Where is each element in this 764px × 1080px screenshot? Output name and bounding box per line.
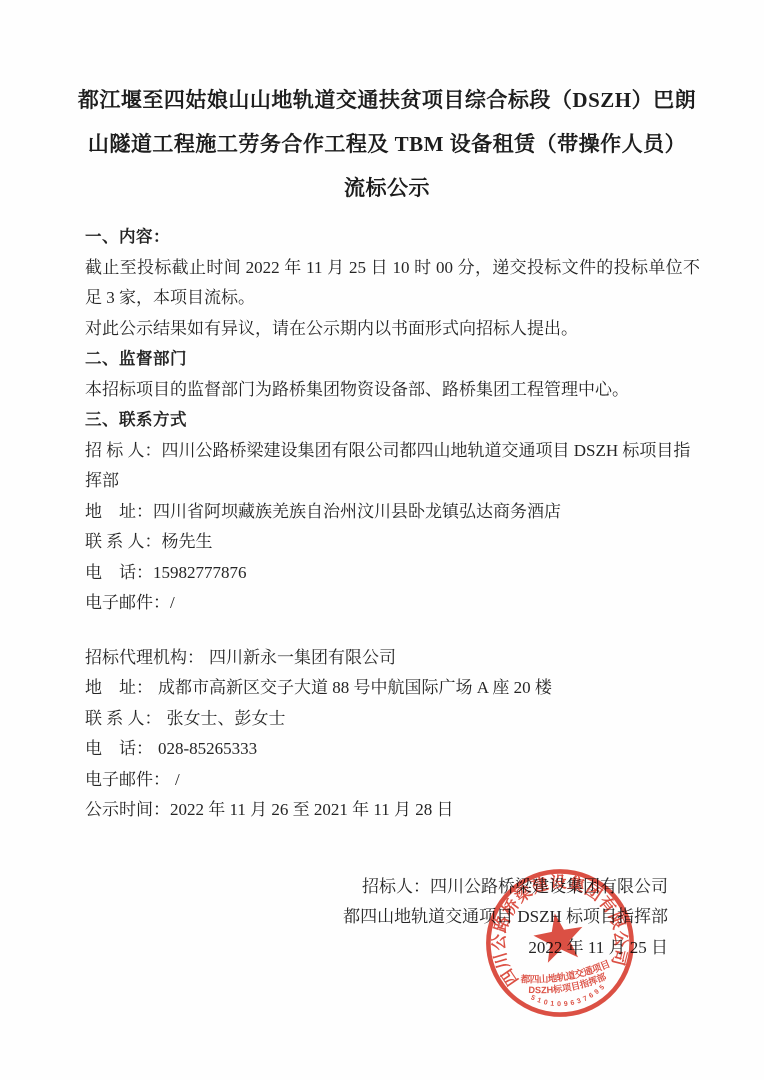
- document-page: 都江堰至四姑娘山山地轨道交通扶贫项目综合标段（DSZH）巴朗 山隧道工程施工劳务…: [0, 0, 764, 1080]
- paragraph-supervision: 本招标项目的监督部门为路桥集团物资设备部、路桥集团工程管理中心。: [85, 375, 700, 406]
- field-label: 电 话：: [85, 563, 153, 582]
- svg-text:DSZH标项目指挥部: DSZH标项目指挥部: [526, 970, 609, 1000]
- signature-block: 招标人：四川公路桥梁建设集团有限公司 都四山地轨道交通项目 DSZH 标项目指挥…: [85, 872, 700, 964]
- seal-department-text: DSZH标项目指挥部: [526, 970, 609, 1000]
- field-tenderer-phone: 电 话：15982777876: [85, 558, 700, 589]
- field-value: /: [170, 770, 180, 789]
- section-contact-heading: 三、联系方式: [85, 405, 700, 436]
- field-value: /: [170, 593, 175, 612]
- field-value: 028-85265333: [153, 739, 257, 758]
- agency-contact-block: 招标代理机构：四川新永一集团有限公司 地 址：成都市高新区交子大道 88 号中航…: [85, 643, 700, 796]
- field-value: 张女士、彭女士: [162, 709, 286, 728]
- title-line-3: 流标公示: [58, 166, 716, 210]
- field-label: 电子邮件：: [85, 593, 170, 612]
- field-value: 成都市高新区交子大道 88 号中航国际广场 A 座 20 楼: [153, 678, 552, 697]
- field-tenderer-contact-person: 联 系 人：杨先生: [85, 527, 700, 558]
- field-label: 招 标 人：: [85, 441, 162, 460]
- field-label: 电子邮件：: [85, 770, 170, 789]
- tenderer-contact-block: 招 标 人：四川公路桥梁建设集团有限公司都四山地轨道交通项目 DSZH 标项目指…: [85, 436, 700, 619]
- field-agency-phone: 电 话：028-85265333: [85, 734, 700, 765]
- document-title: 都江堰至四姑娘山山地轨道交通扶贫项目综合标段（DSZH）巴朗 山隧道工程施工劳务…: [58, 78, 716, 210]
- document-body: 一、内容： 截止至投标截止时间 2022 年 11 月 25 日 10 时 00…: [85, 222, 700, 963]
- field-tenderer-address: 地 址：四川省阿坝藏族羌族自治州汶川县卧龙镇弘达商务酒店: [85, 497, 700, 528]
- title-line-2: 山隧道工程施工劳务合作工程及 TBM 设备租赁（带操作人员）: [58, 122, 716, 166]
- field-agency-name: 招标代理机构：四川新永一集团有限公司: [85, 643, 700, 674]
- seal-serial-number: 510109637695: [529, 981, 611, 1014]
- field-label: 地 址：: [85, 678, 153, 697]
- field-value: 四川省阿坝藏族羌族自治州汶川县卧龙镇弘达商务酒店: [153, 502, 561, 521]
- field-value: 15982777876: [153, 563, 247, 582]
- field-label: 联 系 人：: [85, 709, 162, 728]
- field-label: 地 址：: [85, 502, 153, 521]
- publicity-period: 公示时间：2022 年 11 月 26 至 2021 年 11 月 28 日: [85, 795, 700, 826]
- field-tenderer-name: 招 标 人：四川公路桥梁建设集团有限公司都四山地轨道交通项目 DSZH 标项目指…: [85, 436, 700, 497]
- field-value: 四川新永一集团有限公司: [204, 648, 396, 667]
- title-line-1: 都江堰至四姑娘山山地轨道交通扶贫项目综合标段（DSZH）巴朗: [58, 78, 716, 122]
- field-label: 电 话：: [85, 739, 153, 758]
- svg-text:510109637695: 510109637695: [529, 981, 611, 1014]
- field-agency-address: 地 址：成都市高新区交子大道 88 号中航国际广场 A 座 20 楼: [85, 673, 700, 704]
- signature-date: 2022 年 11 月 25 日: [85, 933, 668, 964]
- paragraph-objection: 对此公示结果如有异议，请在公示期内以书面形式向招标人提出。: [85, 314, 700, 345]
- signature-tenderer: 招标人：四川公路桥梁建设集团有限公司: [85, 872, 668, 903]
- field-label: 联 系 人：: [85, 532, 162, 551]
- field-value: 杨先生: [162, 532, 213, 551]
- field-agency-contact-person: 联 系 人：张女士、彭女士: [85, 704, 700, 735]
- section-supervision-heading: 二、监督部门: [85, 344, 700, 375]
- field-tenderer-email: 电子邮件：/: [85, 588, 700, 619]
- signature-department: 都四山地轨道交通项目 DSZH 标项目指挥部: [85, 902, 668, 933]
- field-agency-email: 电子邮件：/: [85, 765, 700, 796]
- section-content-heading: 一、内容：: [85, 222, 700, 253]
- field-value: 四川公路桥梁建设集团有限公司都四山地轨道交通项目 DSZH 标项目指挥部: [85, 441, 690, 491]
- paragraph-bid-deadline: 截止至投标截止时间 2022 年 11 月 25 日 10 时 00 分，递交投…: [85, 253, 700, 314]
- field-label: 招标代理机构：: [85, 648, 204, 667]
